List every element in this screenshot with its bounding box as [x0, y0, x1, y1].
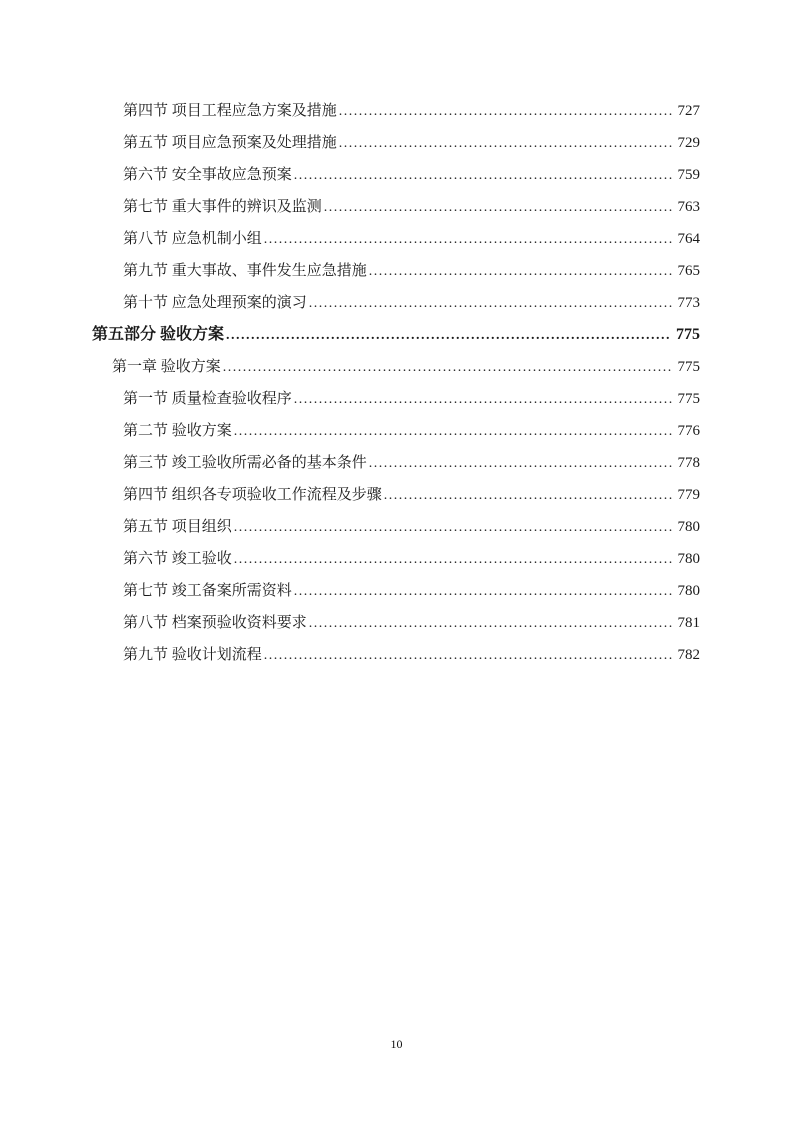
- toc-entry-label: 第八节 应急机制小组: [123, 223, 262, 255]
- document-page: 第四节 项目工程应急方案及措施.........................…: [0, 0, 793, 1122]
- toc-entry-page: 780: [673, 543, 701, 575]
- toc-entry-page: 778: [673, 447, 701, 479]
- toc-entry-label: 第九节 重大事故、事件发生应急措施: [123, 255, 367, 287]
- toc-entry[interactable]: 第四节 组织各专项验收工作流程及步骤......................…: [0, 479, 793, 511]
- toc-entry-chapter[interactable]: 第一章 验收方案................................…: [0, 351, 793, 383]
- toc-entry-label: 第七节 竣工备案所需资料: [123, 575, 292, 607]
- table-of-contents: 第四节 项目工程应急方案及措施.........................…: [0, 95, 793, 671]
- toc-leader-dots: ........................................…: [294, 160, 673, 192]
- toc-entry[interactable]: 第九节 验收计划流程..............................…: [0, 639, 793, 671]
- toc-entry[interactable]: 第二节 验收方案................................…: [0, 415, 793, 447]
- page-number-footer: 10: [0, 1036, 793, 1052]
- toc-entry[interactable]: 第五节 项目组织................................…: [0, 511, 793, 543]
- toc-leader-dots: ........................................…: [226, 320, 671, 352]
- toc-entry-label: 第十节 应急处理预案的演习: [123, 287, 307, 319]
- toc-entry[interactable]: 第五节 项目应急预案及处理措施.........................…: [0, 127, 793, 159]
- toc-leader-dots: ........................................…: [339, 128, 673, 160]
- toc-entry-page: 779: [673, 479, 701, 511]
- toc-entry-page: 782: [673, 639, 701, 671]
- toc-entry-page: 775: [673, 351, 701, 383]
- toc-entry-label: 第三节 竣工验收所需必备的基本条件: [123, 447, 367, 479]
- toc-leader-dots: ........................................…: [339, 96, 673, 128]
- toc-leader-dots: ........................................…: [234, 416, 673, 448]
- toc-entry-label: 第六节 安全事故应急预案: [123, 159, 292, 191]
- toc-entry-page: 759: [673, 159, 701, 191]
- toc-entry-page: 763: [673, 191, 701, 223]
- toc-entry-label: 第一节 质量检查验收程序: [123, 383, 292, 415]
- toc-entry[interactable]: 第十节 应急处理预案的演习...........................…: [0, 287, 793, 319]
- toc-leader-dots: ........................................…: [264, 640, 673, 672]
- toc-entry-label: 第九节 验收计划流程: [123, 639, 262, 671]
- toc-entry[interactable]: 第六节 安全事故应急预案............................…: [0, 159, 793, 191]
- toc-entry-page: 764: [673, 223, 701, 255]
- toc-entry-label: 第八节 档案预验收资料要求: [123, 607, 307, 639]
- toc-entry-page: 775: [673, 383, 701, 415]
- toc-leader-dots: ........................................…: [384, 480, 673, 512]
- toc-leader-dots: ........................................…: [223, 352, 673, 384]
- toc-entry-label: 第四节 组织各专项验收工作流程及步骤: [123, 479, 382, 511]
- toc-entry-label: 第五部分 验收方案: [92, 319, 224, 351]
- toc-entry[interactable]: 第八节 应急机制小组..............................…: [0, 223, 793, 255]
- toc-entry-page: 729: [673, 127, 701, 159]
- toc-leader-dots: ........................................…: [294, 576, 673, 608]
- toc-entry[interactable]: 第三节 竣工验收所需必备的基本条件.......................…: [0, 447, 793, 479]
- toc-entry-page: 773: [673, 287, 701, 319]
- toc-leader-dots: ........................................…: [369, 256, 673, 288]
- toc-leader-dots: ........................................…: [309, 288, 673, 320]
- toc-entry[interactable]: 第八节 档案预验收资料要求...........................…: [0, 607, 793, 639]
- toc-entry-label: 第五节 项目组织: [123, 511, 232, 543]
- toc-entry-page: 780: [673, 575, 701, 607]
- toc-leader-dots: ........................................…: [294, 384, 673, 416]
- toc-leader-dots: ........................................…: [324, 192, 673, 224]
- toc-entry-label: 第一章 验收方案: [112, 351, 221, 383]
- toc-entry-page: 776: [673, 415, 701, 447]
- toc-entry-label: 第二节 验收方案: [123, 415, 232, 447]
- toc-leader-dots: ........................................…: [234, 512, 673, 544]
- toc-entry[interactable]: 第六节 竣工验收................................…: [0, 543, 793, 575]
- toc-entry-label: 第七节 重大事件的辨识及监测: [123, 191, 322, 223]
- toc-entry-label: 第四节 项目工程应急方案及措施: [123, 95, 337, 127]
- toc-entry[interactable]: 第七节 重大事件的辨识及监测..........................…: [0, 191, 793, 223]
- toc-entry-part[interactable]: 第五部分 验收方案...............................…: [0, 319, 793, 351]
- toc-leader-dots: ........................................…: [264, 224, 673, 256]
- toc-entry[interactable]: 第一节 质量检查验收程序............................…: [0, 383, 793, 415]
- toc-entry[interactable]: 第七节 竣工备案所需资料............................…: [0, 575, 793, 607]
- toc-entry-page: 775: [671, 319, 700, 351]
- toc-leader-dots: ........................................…: [369, 448, 673, 480]
- toc-entry-page: 781: [673, 607, 701, 639]
- toc-entry-label: 第五节 项目应急预案及处理措施: [123, 127, 337, 159]
- toc-entry[interactable]: 第九节 重大事故、事件发生应急措施.......................…: [0, 255, 793, 287]
- toc-leader-dots: ........................................…: [309, 608, 673, 640]
- toc-entry-label: 第六节 竣工验收: [123, 543, 232, 575]
- toc-entry[interactable]: 第四节 项目工程应急方案及措施.........................…: [0, 95, 793, 127]
- toc-entry-page: 727: [673, 95, 701, 127]
- toc-entry-page: 765: [673, 255, 701, 287]
- toc-entry-page: 780: [673, 511, 701, 543]
- toc-leader-dots: ........................................…: [234, 544, 673, 576]
